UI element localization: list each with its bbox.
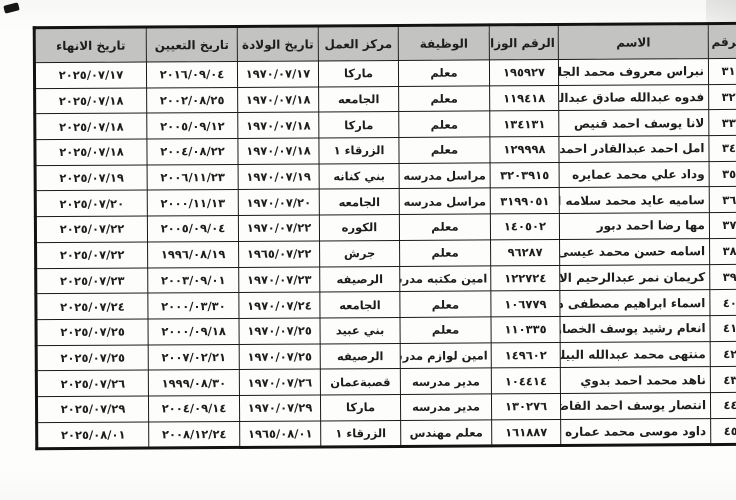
cell-name: نبراس معروف محمد الجلبي bbox=[558, 59, 708, 86]
cell-job: مدير مدرسه bbox=[400, 394, 491, 420]
cell-birth-date: ١٩٧٠/٠٧/٢٣ bbox=[239, 266, 320, 292]
cell-ministry-no: ١٣٤١٣١ bbox=[490, 111, 559, 137]
cell-birth-date: ١٩٧٠/٠٧/٢٢ bbox=[238, 215, 319, 241]
cell-ministry-no: ٣٢٠٣٩١٥ bbox=[490, 162, 559, 188]
cell-job: مراسل مدرسه bbox=[399, 188, 490, 214]
cell-birth-date: ١٩٧٠/٠٧/١٨ bbox=[238, 138, 319, 164]
col-header-end-date: تاريخ الانهاء bbox=[34, 27, 146, 63]
cell-name: اسامه حسن محمد عيسى bbox=[560, 238, 710, 265]
employee-termination-table: الرقم الاسم الرقم الوزاري الوظيفة مركز ا… bbox=[33, 22, 736, 451]
cell-name: ساميه عايد محمد سلامه الحجاج bbox=[559, 187, 709, 214]
cell-ministry-no: ١٤٠٥٠٢ bbox=[490, 214, 559, 240]
cell-job: امين لوازم مدرسه bbox=[400, 342, 491, 368]
cell-end-date: ٢٠٢٥/٠٧/١٨ bbox=[35, 139, 147, 165]
cell-work-center: قصبةعمان bbox=[320, 369, 400, 395]
cell-end-date: ٢٠٢٥/٠٧/١٨ bbox=[35, 88, 147, 114]
cell-work-center: الكوره bbox=[319, 215, 399, 241]
cell-end-date: ٢٠٢٥/٠٧/١٩ bbox=[35, 165, 147, 191]
cell-hire-date: ٢٠٠٤/٠٩/١٤ bbox=[148, 395, 239, 421]
cell-end-date: ٢٠٢٥/٠٧/٢٦ bbox=[36, 370, 148, 396]
cell-work-center: بني كنانه bbox=[319, 163, 399, 189]
cell-hire-date: ٢٠٠٠/١١/١٣ bbox=[147, 190, 238, 216]
cell-work-center: ماركا bbox=[318, 60, 398, 86]
cell-num: ٤٢ bbox=[710, 341, 736, 367]
cell-num: ٣١ bbox=[708, 58, 736, 84]
cell-ministry-no: ١١٠٣٣٥ bbox=[491, 316, 560, 342]
cell-job: معلم bbox=[400, 317, 491, 343]
cell-num: ٤٣ bbox=[710, 367, 736, 393]
cell-work-center: الرصيفه bbox=[320, 343, 400, 369]
cell-job: معلم bbox=[399, 137, 490, 163]
cell-name: انعام رشيد يوسف الخصاونه bbox=[560, 315, 710, 342]
cell-job: امين مكتبه مدرسه bbox=[400, 265, 491, 291]
col-header-number: الرقم bbox=[708, 23, 736, 58]
cell-birth-date: ١٩٧٠/٠٧/١٩ bbox=[238, 164, 319, 190]
cell-hire-date: ٢٠٠٧/٠٢/٢١ bbox=[148, 344, 239, 370]
table-body: ٣١نبراس معروف محمد الجلبي١٩٥٩٢٧معلمماركا… bbox=[34, 58, 736, 449]
col-header-name: الاسم bbox=[558, 24, 708, 60]
cell-birth-date: ١٩٧٠/٠٧/٢٤ bbox=[239, 292, 320, 318]
scan-artifact-speck bbox=[3, 2, 19, 13]
cell-work-center: ماركا bbox=[319, 112, 399, 138]
cell-num: ٣٨ bbox=[710, 238, 736, 264]
col-header-birth-date: تاريخ الولادة bbox=[237, 26, 318, 61]
cell-work-center: الجامعه bbox=[320, 292, 400, 318]
cell-name: داود موسى محمد عماره bbox=[561, 418, 711, 446]
cell-ministry-no: ١١٩٤١٨ bbox=[490, 85, 559, 111]
cell-end-date: ٢٠٢٥/٠٧/٢٣ bbox=[36, 267, 148, 293]
cell-hire-date: ٢٠٠٥/٠٩/١٢ bbox=[147, 113, 238, 139]
col-header-ministry-number: الرقم الوزاري bbox=[489, 24, 558, 59]
col-header-hire-date: تاريخ التعيين bbox=[146, 26, 237, 62]
cell-birth-date: ١٩٧٠/٠٧/٢٥ bbox=[239, 344, 320, 370]
cell-name: وداد علي محمد عمايره bbox=[559, 161, 709, 188]
cell-work-center: الجامعه bbox=[319, 189, 399, 215]
cell-ministry-no: ١٣٠٢٧٦ bbox=[491, 393, 560, 419]
cell-hire-date: ٢٠٠٠/٠٩/١٨ bbox=[148, 318, 239, 344]
cell-ministry-no: ٣١٩٩٠٥١ bbox=[490, 188, 559, 214]
cell-birth-date: ١٩٧٠/٠٧/١٨ bbox=[238, 112, 319, 138]
cell-ministry-no: ١٤٩٦٠٢ bbox=[491, 342, 560, 368]
cell-job: معلم مهندس bbox=[401, 420, 492, 447]
cell-name: كريمان نمر عبدالرحيم الاسود bbox=[560, 264, 710, 291]
cell-hire-date: ٢٠٠٠/٠٣/٣٠ bbox=[148, 293, 239, 319]
cell-num: ٣٤ bbox=[709, 135, 736, 161]
cell-hire-date: ٢٠٠٢/٠٨/٢٥ bbox=[147, 87, 238, 113]
cell-name: لانا يوسف احمد قنيص bbox=[559, 110, 709, 137]
cell-ministry-no: ١٩٥٩٢٧ bbox=[489, 59, 558, 85]
cell-num: ٣٧ bbox=[709, 212, 736, 238]
cell-birth-date: ١٩٦٥/٠٨/٠١ bbox=[240, 421, 321, 448]
header-row: الرقم الاسم الرقم الوزاري الوظيفة مركز ا… bbox=[34, 23, 736, 62]
cell-birth-date: ١٩٧٠/٠٧/٢٩ bbox=[239, 395, 320, 421]
cell-num: ٣٥ bbox=[709, 161, 736, 187]
cell-end-date: ٢٠٢٥/٠٧/٢٠ bbox=[35, 190, 147, 216]
cell-hire-date: ١٩٩٩/٠٨/٣٠ bbox=[148, 370, 239, 396]
table-header: الرقم الاسم الرقم الوزاري الوظيفة مركز ا… bbox=[34, 23, 736, 62]
cell-name: مها رضا احمد دبور bbox=[559, 213, 709, 240]
cell-job: معلم bbox=[398, 60, 489, 86]
cell-work-center: الرصيفه bbox=[320, 266, 400, 292]
cell-ministry-no: ١٦١٨٨٧ bbox=[492, 419, 561, 446]
cell-name: اسماء ابراهيم مصطفى درويش bbox=[560, 290, 710, 317]
cell-hire-date: ٢٠٠٨/١٢/٢٤ bbox=[149, 421, 240, 448]
cell-hire-date: ٢٠٠٣/٠٩/٠١ bbox=[148, 267, 239, 293]
cell-job: معلم bbox=[400, 291, 491, 317]
cell-birth-date: ١٩٧٠/٠٧/٢٥ bbox=[239, 318, 320, 344]
cell-end-date: ٢٠٢٥/٠٧/١٧ bbox=[34, 62, 146, 88]
cell-name: منتهى محمد عبدالله البيك bbox=[560, 341, 710, 368]
cell-work-center: جرش bbox=[320, 240, 400, 266]
cell-job: معلم bbox=[400, 240, 491, 266]
scanned-document-page: الرقم الاسم الرقم الوزاري الوظيفة مركز ا… bbox=[0, 0, 736, 500]
cell-num: ٣٢ bbox=[709, 84, 736, 110]
cell-num: ٤٤ bbox=[710, 392, 736, 418]
cell-name: امل احمد عبدالقادر احمد bbox=[559, 136, 709, 163]
cell-birth-date: ١٩٧٠/٠٧/١٧ bbox=[237, 61, 318, 87]
cell-hire-date: ١٩٩٦/٠٨/١٩ bbox=[148, 241, 239, 267]
cell-work-center: الزرقاء ١ bbox=[319, 138, 399, 164]
cell-birth-date: ١٩٧٠/٠٧/٢٠ bbox=[238, 189, 319, 215]
cell-end-date: ٢٠٢٥/٠٨/٠١ bbox=[37, 422, 149, 449]
col-header-work-center: مركز العمل bbox=[318, 25, 398, 60]
cell-end-date: ٢٠٢٥/٠٧/٢٥ bbox=[36, 345, 148, 371]
cell-hire-date: ٢٠٠٤/٠٨/٢٢ bbox=[147, 139, 238, 165]
cell-num: ٣٣ bbox=[709, 110, 736, 136]
cell-ministry-no: ١٠٤٤١٤ bbox=[491, 368, 560, 394]
cell-work-center: الجامعه bbox=[319, 86, 399, 112]
cell-hire-date: ٢٠٠٦/١١/٢٣ bbox=[147, 164, 238, 190]
cell-end-date: ٢٠٢٥/٠٧/٢٤ bbox=[36, 293, 148, 319]
cell-job: مراسل مدرسه bbox=[399, 163, 490, 189]
col-header-job-title: الوظيفة bbox=[398, 25, 489, 61]
cell-ministry-no: ١٢٩٩٩٨ bbox=[490, 137, 559, 163]
cell-name: فدوه عبدالله صادق عبدالله bbox=[559, 84, 709, 111]
cell-hire-date: ٢٠٠٥/٠٩/٠٤ bbox=[147, 216, 238, 242]
cell-end-date: ٢٠٢٥/٠٧/٢٥ bbox=[36, 319, 148, 345]
cell-name: انتصار يوسف احمد القاضي bbox=[560, 393, 710, 420]
cell-num: ٤٠ bbox=[710, 290, 736, 316]
cell-work-center: ماركا bbox=[320, 394, 400, 420]
cell-ministry-no: ١٢٢٧٢٤ bbox=[491, 265, 560, 291]
cell-work-center: بني عبيد bbox=[320, 317, 400, 343]
cell-end-date: ٢٠٢٥/٠٧/٢٢ bbox=[35, 216, 147, 242]
cell-num: ٣٦ bbox=[709, 187, 736, 213]
cell-job: مدير مدرسه bbox=[400, 368, 491, 394]
cell-num: ٤٥ bbox=[711, 418, 736, 445]
cell-name: ناهد محمد احمد بدوي bbox=[560, 367, 710, 394]
cell-ministry-no: ١٠٦٧٧٩ bbox=[491, 291, 560, 317]
cell-end-date: ٢٠٢٥/٠٧/٢٩ bbox=[36, 396, 148, 422]
cell-num: ٤١ bbox=[710, 315, 736, 341]
cell-job: معلم bbox=[399, 214, 490, 240]
cell-work-center: الزرقاء ١ bbox=[321, 420, 401, 447]
table-row: ٤٥داود موسى محمد عماره١٦١٨٨٧معلم مهندسال… bbox=[37, 418, 736, 449]
cell-num: ٣٩ bbox=[710, 264, 736, 290]
cell-ministry-no: ٩٦٢٨٧ bbox=[491, 239, 560, 265]
cell-birth-date: ١٩٦٥/٠٧/٢٢ bbox=[239, 241, 320, 267]
cell-end-date: ٢٠٢٥/٠٧/٢٢ bbox=[36, 242, 148, 268]
cell-hire-date: ٢٠١٦/٠٩/٠٤ bbox=[146, 61, 237, 87]
cell-birth-date: ١٩٧٠/٠٧/٢٦ bbox=[239, 369, 320, 395]
cell-end-date: ٢٠٢٥/٠٧/١٨ bbox=[35, 113, 147, 139]
cell-job: معلم bbox=[399, 86, 490, 112]
cell-birth-date: ١٩٧٠/٠٧/١٨ bbox=[238, 87, 319, 113]
cell-job: معلم bbox=[399, 111, 490, 137]
